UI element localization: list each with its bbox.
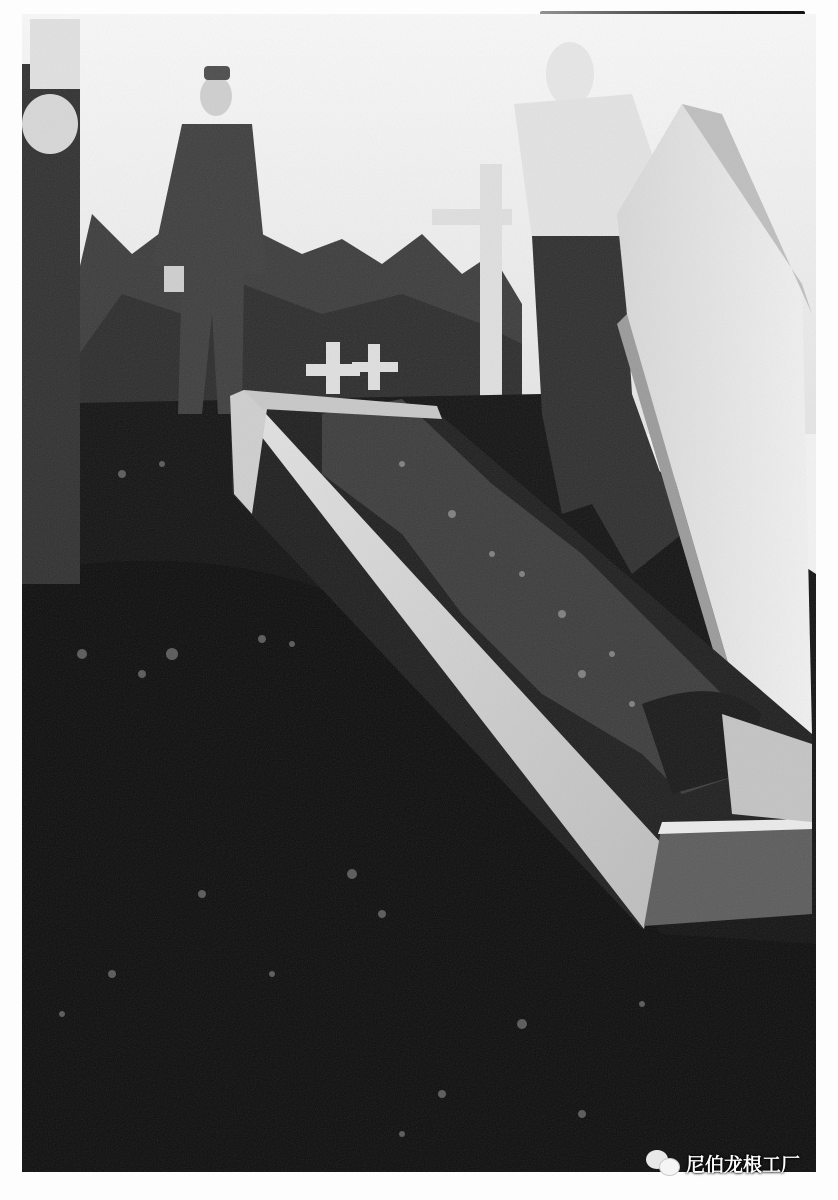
photo-scene [22,14,816,1172]
wechat-icon [646,1150,680,1176]
watermark: 尼伯龙根工厂 [646,1148,800,1178]
photograph [22,14,816,1172]
photo-frame: 尼伯龙根工厂 [0,0,838,1200]
watermark-text: 尼伯龙根工厂 [686,1150,800,1177]
